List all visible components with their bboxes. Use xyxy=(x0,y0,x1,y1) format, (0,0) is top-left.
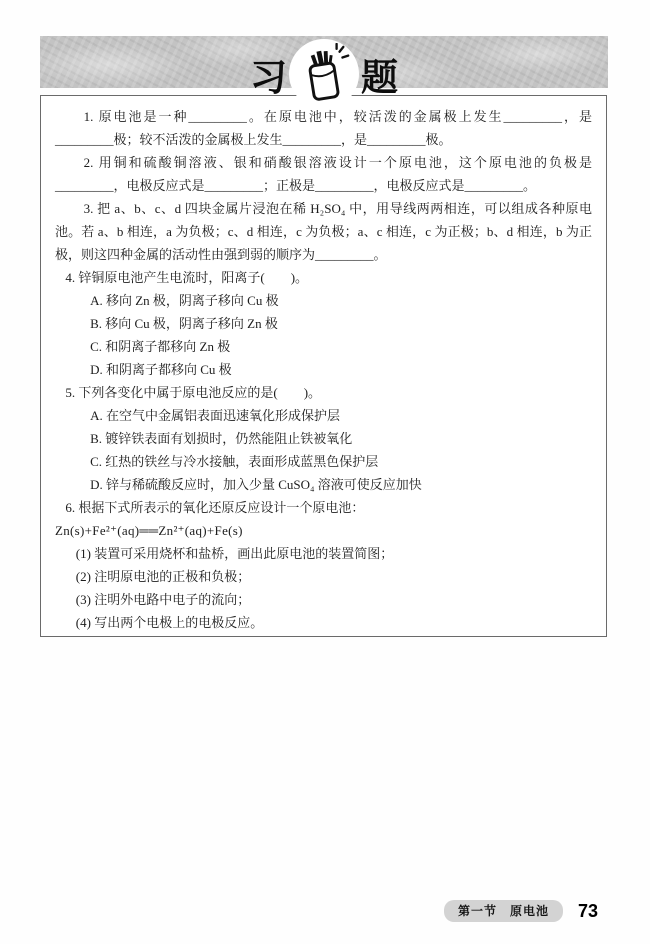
question-5-option-d: D. 锌与稀硫酸反应时，加入少量 CuSO₄ 溶液可使反应加快 xyxy=(55,473,592,496)
title-char-right: 题 xyxy=(361,47,398,101)
textbook-page: 习 题 1. 原电池是一种_________。 xyxy=(0,0,650,944)
question-1-stem: 1. 原电池是一种_________。在原电池中，较活泼的金属极上发生_____… xyxy=(55,105,592,151)
footer-section-badge: 第一节 原电池 xyxy=(444,900,563,922)
question-5-option-b: B. 镀锌铁表面有划损时，仍然能阻止铁被氧化 xyxy=(55,427,592,450)
page-footer: 第一节 原电池 73 xyxy=(444,900,598,922)
question-4-stem: 4. 锌铜原电池产生电流时，阳离子( )。 xyxy=(55,266,592,289)
question-6-subitem-2: (2) 注明原电池的正极和负极； xyxy=(55,565,592,588)
questions-box: 1. 原电池是一种_________。在原电池中，较活泼的金属极上发生_____… xyxy=(40,95,607,637)
title-char-left: 习 xyxy=(250,47,287,101)
question-4-option-d: D. 和阴离子都移向 Cu 极 xyxy=(55,358,592,381)
question-4-option-a: A. 移向 Zn 极，阴离子移向 Cu 极 xyxy=(55,289,592,312)
question-6-subitem-1: (1) 装置可采用烧杯和盐桥，画出此原电池的装置简图； xyxy=(55,542,592,565)
question-3-stem: 3. 把 a、b、c、d 四块金属片浸泡在稀 H₂SO₄ 中，用导线两两相连，可… xyxy=(55,197,592,266)
exercises-title: 习 题 xyxy=(40,40,608,108)
pencil-case-icon xyxy=(289,39,359,109)
question-5-stem: 5. 下列各变化中属于原电池反应的是( )。 xyxy=(55,381,592,404)
question-5-option-a: A. 在空气中金属铝表面迅速氧化形成保护层 xyxy=(55,404,592,427)
footer-page-number: 73 xyxy=(578,901,598,922)
question-2-stem: 2. 用铜和硫酸铜溶液、银和硝酸银溶液设计一个原电池，这个原电池的负极是____… xyxy=(55,151,592,197)
question-4-option-b: B. 移向 Cu 极，阴离子移向 Zn 极 xyxy=(55,312,592,335)
question-4-option-c: C. 和阴离子都移向 Zn 极 xyxy=(55,335,592,358)
question-5-option-c: C. 红热的铁丝与冷水接触，表面形成蓝黑色保护层 xyxy=(55,450,592,473)
question-6-subitem-4: (4) 写出两个电极上的电极反应。 xyxy=(55,611,592,634)
question-6-subitem-3: (3) 注明外电路中电子的流向； xyxy=(55,588,592,611)
question-6-equation: Zn(s)+Fe²⁺(aq)══Zn²⁺(aq)+Fe(s) xyxy=(55,519,592,542)
question-6-stem: 6. 根据下式所表示的氧化还原反应设计一个原电池： xyxy=(55,496,592,519)
